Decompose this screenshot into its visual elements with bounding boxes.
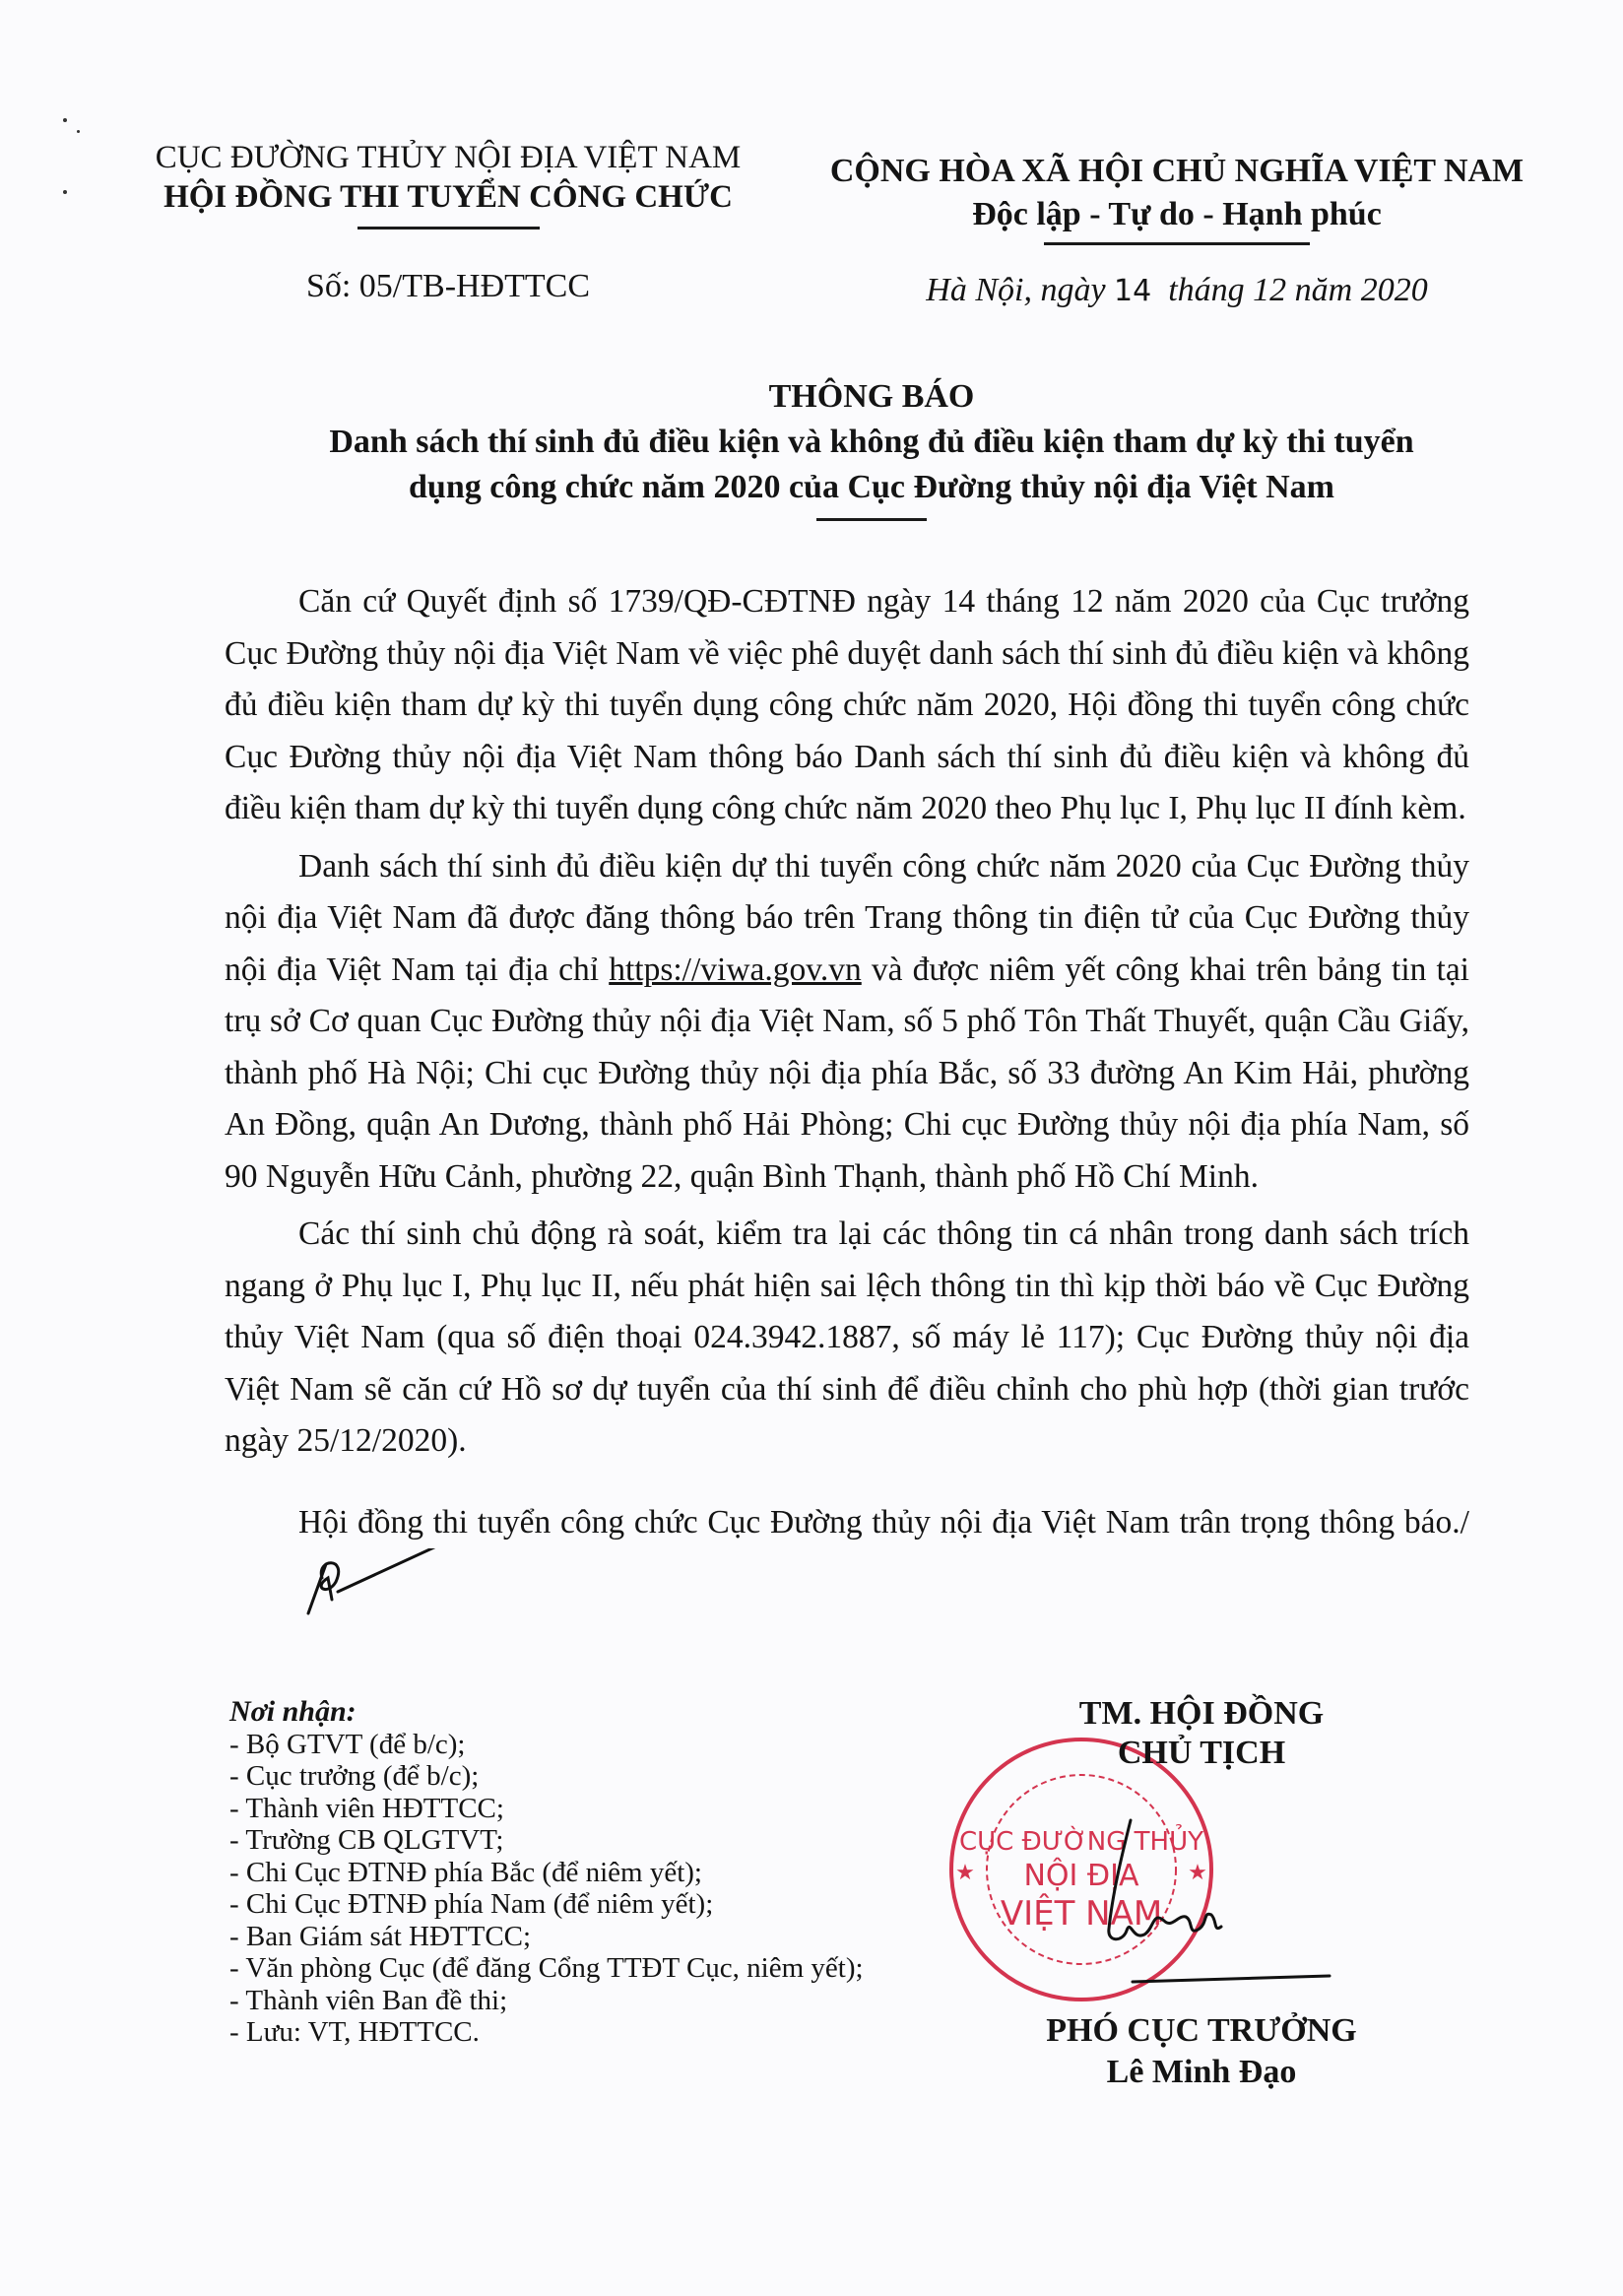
- recipients-block: Nơi nhận: - Bộ GTVT (để b/c); - Cục trưở…: [229, 1696, 864, 2049]
- scan-speck: [63, 118, 67, 122]
- signatory-name: Lê Minh Đạo: [985, 2053, 1418, 2092]
- recipient-item: - Cục trưởng (để b/c);: [229, 1760, 864, 1793]
- signatory-on-behalf: TM. HỘI ĐỒNG: [985, 1694, 1418, 1734]
- date-prefix: Hà Nội, ngày: [926, 272, 1114, 308]
- recipient-item: - Lưu: VT, HĐTTCC.: [229, 2016, 864, 2049]
- recipient-item: - Trường CB QLGTVT;: [229, 1824, 864, 1857]
- title-underline: [816, 518, 927, 521]
- recipient-item: - Thành viên Ban đề thi;: [229, 1985, 864, 2017]
- website-link[interactable]: https://viwa.gov.vn: [609, 951, 862, 988]
- initial-signature-icon: [225, 1548, 446, 1634]
- signatory-role: CHỦ TỊCH: [985, 1734, 1418, 1773]
- handwritten-signature-icon: [1083, 1812, 1339, 1990]
- svg-text:★: ★: [955, 1861, 975, 1885]
- recipient-item: - Chi Cục ĐTNĐ phía Bắc (để niêm yết);: [229, 1857, 864, 1889]
- council-name: HỘI ĐỒNG THI TUYỂN CÔNG CHỨC: [128, 177, 768, 217]
- notice-subtitle-line1: Danh sách thí sinh đủ điều kiện và không…: [197, 420, 1546, 465]
- notice-heading: THÔNG BÁO: [197, 374, 1546, 420]
- notice-title-block: THÔNG BÁO Danh sách thí sinh đủ điều kiệ…: [197, 374, 1546, 521]
- header-right-underline: [1044, 242, 1310, 245]
- national-header: CỘNG HÒA XÃ HỘI CHỦ NGHĨA VIỆT NAM Độc l…: [788, 150, 1566, 245]
- paragraph-closing: Hội đồng thi tuyển công chức Cục Đường t…: [225, 1497, 1469, 1634]
- national-motto: Độc lập - Tự do - Hạnh phúc: [788, 193, 1566, 236]
- date-day-handwritten: 14: [1114, 274, 1151, 308]
- notice-body: Căn cứ Quyết định số 1739/QĐ-CĐTNĐ ngày …: [225, 576, 1469, 1640]
- nation-name: CỘNG HÒA XÃ HỘI CHỦ NGHĨA VIỆT NAM: [788, 150, 1566, 193]
- recipient-item: - Bộ GTVT (để b/c);: [229, 1729, 864, 1761]
- recipient-item: - Văn phòng Cục (để đăng Cổng TTĐT Cục, …: [229, 1952, 864, 1985]
- recipients-list: - Bộ GTVT (để b/c); - Cục trưởng (để b/c…: [229, 1729, 864, 2049]
- organization-name: CỤC ĐƯỜNG THỦY NỘI ĐỊA VIỆT NAM: [128, 138, 768, 177]
- recipient-item: - Ban Giám sát HĐTTCC;: [229, 1921, 864, 1953]
- scan-speck: [63, 190, 67, 194]
- recipients-heading: Nơi nhận:: [229, 1696, 864, 1729]
- header-left-underline: [357, 227, 540, 230]
- signatory-title: PHÓ CỤC TRƯỞNG: [985, 2011, 1418, 2051]
- scan-speck: [77, 130, 80, 133]
- paragraph-legal-basis: Căn cứ Quyết định số 1739/QĐ-CĐTNĐ ngày …: [225, 576, 1469, 835]
- issuing-authority-header: CỤC ĐƯỜNG THỦY NỘI ĐỊA VIỆT NAM HỘI ĐỒNG…: [128, 138, 768, 230]
- recipient-item: - Thành viên HĐTTCC;: [229, 1793, 864, 1825]
- paragraph-candidate-review: Các thí sinh chủ động rà soát, kiểm tra …: [225, 1209, 1469, 1468]
- document-date: Hà Nội, ngày 14 tháng 12 năm 2020: [788, 272, 1566, 309]
- document-number: Số: 05/TB-HĐTTCC: [128, 268, 768, 305]
- date-suffix: tháng 12 năm 2020: [1151, 272, 1428, 308]
- signature-block: TM. HỘI ĐỒNG CHỦ TỊCH PHÓ CỤC TRƯỞNG Lê …: [985, 1694, 1418, 1773]
- recipient-item: - Chi Cục ĐTNĐ phía Nam (để niêm yết);: [229, 1888, 864, 1921]
- notice-subtitle-line2: dụng công chức năm 2020 của Cục Đường th…: [197, 465, 1546, 510]
- closing-text: Hội đồng thi tuyển công chức Cục Đường t…: [298, 1504, 1469, 1541]
- paragraph-publication: Danh sách thí sinh đủ điều kiện dự thi t…: [225, 841, 1469, 1204]
